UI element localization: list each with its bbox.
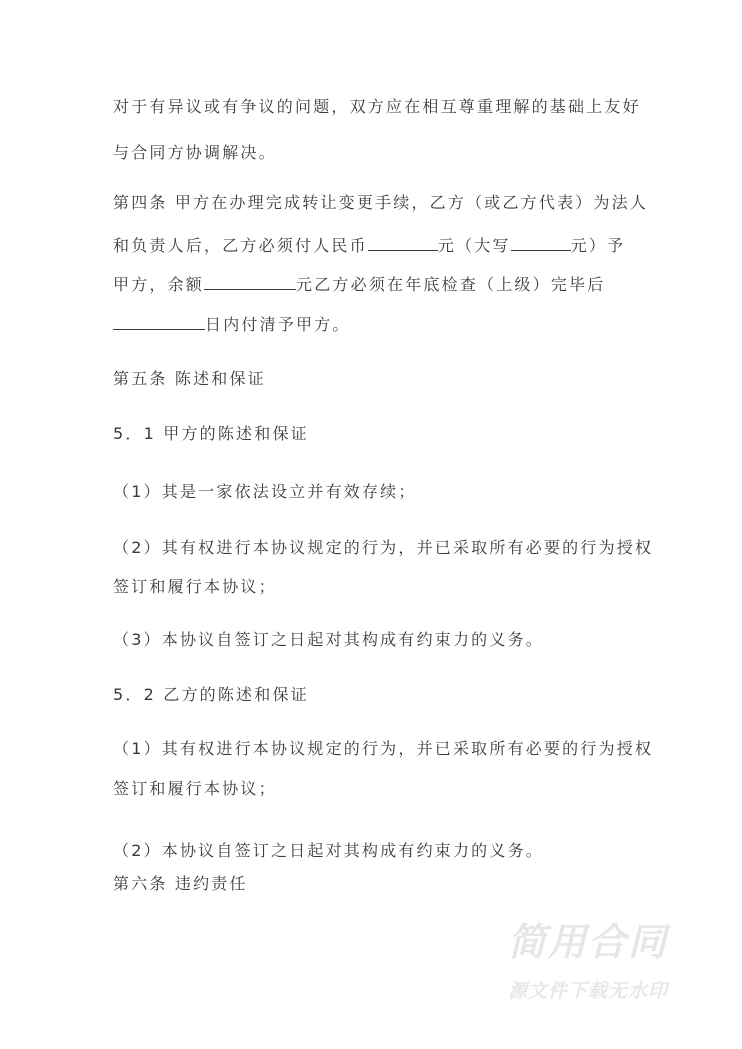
list-item: （1）其是一家依法设立并有效存续； xyxy=(113,482,643,502)
payment-text-pre: 和负责人后，乙方必须付人民币 xyxy=(113,236,368,255)
document-page: 对于有异议或有争议的问题，双方应在相互尊重理解的基础上友好 与合同方协调解决。 … xyxy=(0,0,742,1049)
balance-text-post: 元乙方必须在年底检查（上级）完毕后 xyxy=(296,275,605,294)
article-5-heading: 第五条 陈述和保证 xyxy=(113,369,643,389)
watermark-subtitle: 源文件下载无水印 xyxy=(508,978,718,1004)
days-text: 日内付清予甲方。 xyxy=(205,315,351,334)
paragraph-line: 与合同方协调解决。 xyxy=(113,143,643,163)
list-item: （2）其有权进行本协议规定的行为，并已采取所有必要的行为授权 xyxy=(113,538,643,558)
days-blank xyxy=(113,315,205,330)
section-5-2-heading: 5．2 乙方的陈述和保证 xyxy=(113,685,643,705)
list-item-continued: 签订和履行本协议； xyxy=(113,779,643,799)
article-4-payment-line: 和负责人后，乙方必须付人民币元（大写元）予 xyxy=(113,236,643,256)
payment-text-mid: 元（大写 xyxy=(438,236,511,255)
payment-text-post: 元）予 xyxy=(571,236,626,255)
amount-uppercase-blank xyxy=(511,236,571,251)
balance-text-pre: 甲方，余额 xyxy=(113,275,204,294)
list-item: （1）其有权进行本协议规定的行为，并已采取所有必要的行为授权 xyxy=(113,739,643,759)
watermark-title: 简用合同 xyxy=(508,920,718,964)
section-5-1-heading: 5．1 甲方的陈述和保证 xyxy=(113,424,643,444)
article-4-balance-line: 甲方，余额元乙方必须在年底检查（上级）完毕后 xyxy=(113,275,643,295)
watermark: 简用合同 源文件下载无水印 xyxy=(508,920,718,1004)
amount-blank xyxy=(368,236,438,251)
article-4-line: 第四条 甲方在办理完成转让变更手续，乙方（或乙方代表）为法人 xyxy=(113,193,643,213)
balance-blank xyxy=(204,275,296,290)
article-4-days-line: 日内付清予甲方。 xyxy=(113,315,643,335)
list-item: （3）本协议自签订之日起对其构成有约束力的义务。 xyxy=(113,630,643,650)
list-item-continued: 签订和履行本协议； xyxy=(113,577,643,597)
article-6-heading: 第六条 违约责任 xyxy=(113,874,643,894)
list-item: （2）本协议自签订之日起对其构成有约束力的义务。 xyxy=(113,841,643,861)
paragraph-line: 对于有异议或有争议的问题，双方应在相互尊重理解的基础上友好 xyxy=(113,97,643,117)
